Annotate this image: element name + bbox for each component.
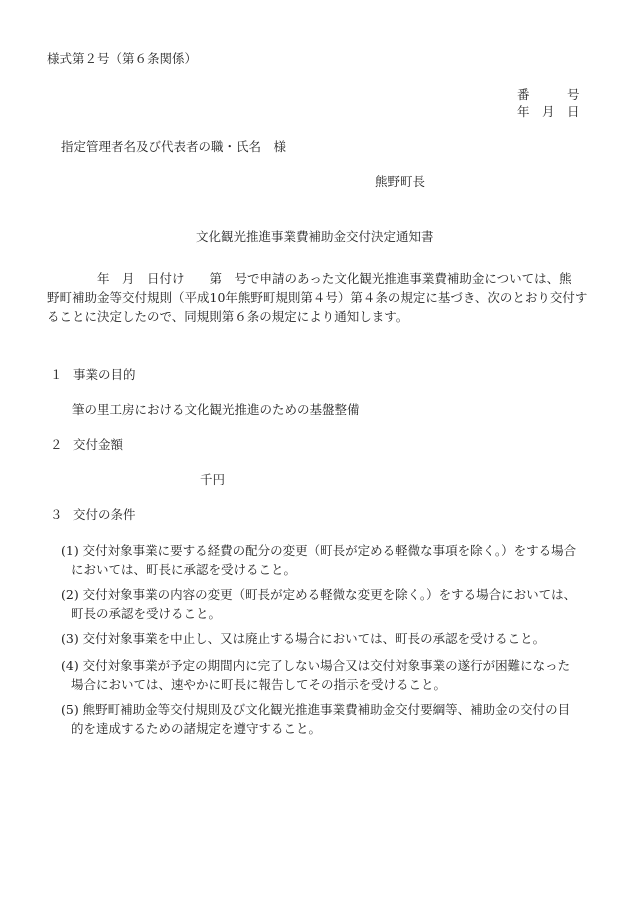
section-2-number: ２ <box>50 439 63 452</box>
body-line: ることに決定したので、同規則第６条の規定により通知します。 <box>47 307 592 326</box>
section-2-heading: 交付金額 <box>73 439 123 452</box>
condition-line: (1) 交付対象事業に要する経費の配分の変更（町長が定める軽微な事項を除く。）を… <box>61 541 591 560</box>
section-1-number: １ <box>50 369 63 382</box>
condition-line: (4) 交付対象事業が予定の期間内に完了しない場合又は交付対象事業の遂行が困難に… <box>61 656 591 675</box>
condition-item-4: (4) 交付対象事業が予定の期間内に完了しない場合又は交付対象事業の遂行が困難に… <box>61 656 591 694</box>
condition-item-5: (5) 熊野町補助金等交付規則及び文化観光推進事業費補助金交付要綱等、補助金の交… <box>61 700 591 738</box>
condition-line: においては、町長に承認を受けること。 <box>61 560 591 579</box>
condition-line: 的を達成するための諸規定を遵守すること。 <box>61 719 591 738</box>
body-line: 年 月 日付け 第 号で申請のあった文化観光推進事業費補助金については、熊 <box>47 269 592 288</box>
document-number: 番 号 <box>517 89 580 102</box>
section-1-heading: 事業の目的 <box>73 369 136 382</box>
condition-item-1: (1) 交付対象事業に要する経費の配分の変更（町長が定める軽微な事項を除く。）を… <box>61 541 591 579</box>
section-3-heading: 交付の条件 <box>73 509 136 522</box>
document-title: 文化観光推進事業費補助金交付決定通知書 <box>196 231 434 244</box>
body-line: 野町補助金等交付規則（平成10年熊野町規則第４号）第４条の規定に基づき、次のとお… <box>47 288 592 307</box>
sender: 熊野町長 <box>375 176 425 189</box>
condition-line: 場合においては、速やかに町長に報告してその指示を受けること。 <box>61 675 591 694</box>
condition-line: 町長の承認を受けること。 <box>61 604 591 623</box>
grant-amount-unit: 千円 <box>200 474 225 487</box>
condition-item-2: (2) 交付対象事業の内容の変更（町長が定める軽微な変更を除く。）をする場合にお… <box>61 585 591 623</box>
section-3-number: ３ <box>50 509 63 522</box>
condition-line: (5) 熊野町補助金等交付規則及び文化観光推進事業費補助金交付要綱等、補助金の交… <box>61 700 591 719</box>
condition-item-3: (3) 交付対象事業を中止し、又は廃止する場合においては、町長の承認を受けること… <box>61 629 591 648</box>
body-paragraph: 年 月 日付け 第 号で申請のあった文化観光推進事業費補助金については、熊 野町… <box>47 269 592 326</box>
condition-line: (3) 交付対象事業を中止し、又は廃止する場合においては、町長の承認を受けること… <box>61 629 591 648</box>
form-label: 様式第２号（第６条関係） <box>47 53 197 66</box>
document-date: 年 月 日 <box>517 106 580 119</box>
addressee: 指定管理者名及び代表者の職・氏名 様 <box>61 141 286 154</box>
condition-line: (2) 交付対象事業の内容の変更（町長が定める軽微な変更を除く。）をする場合にお… <box>61 585 591 604</box>
section-1-content: 筆の里工房における文化観光推進のための基盤整備 <box>72 404 360 417</box>
